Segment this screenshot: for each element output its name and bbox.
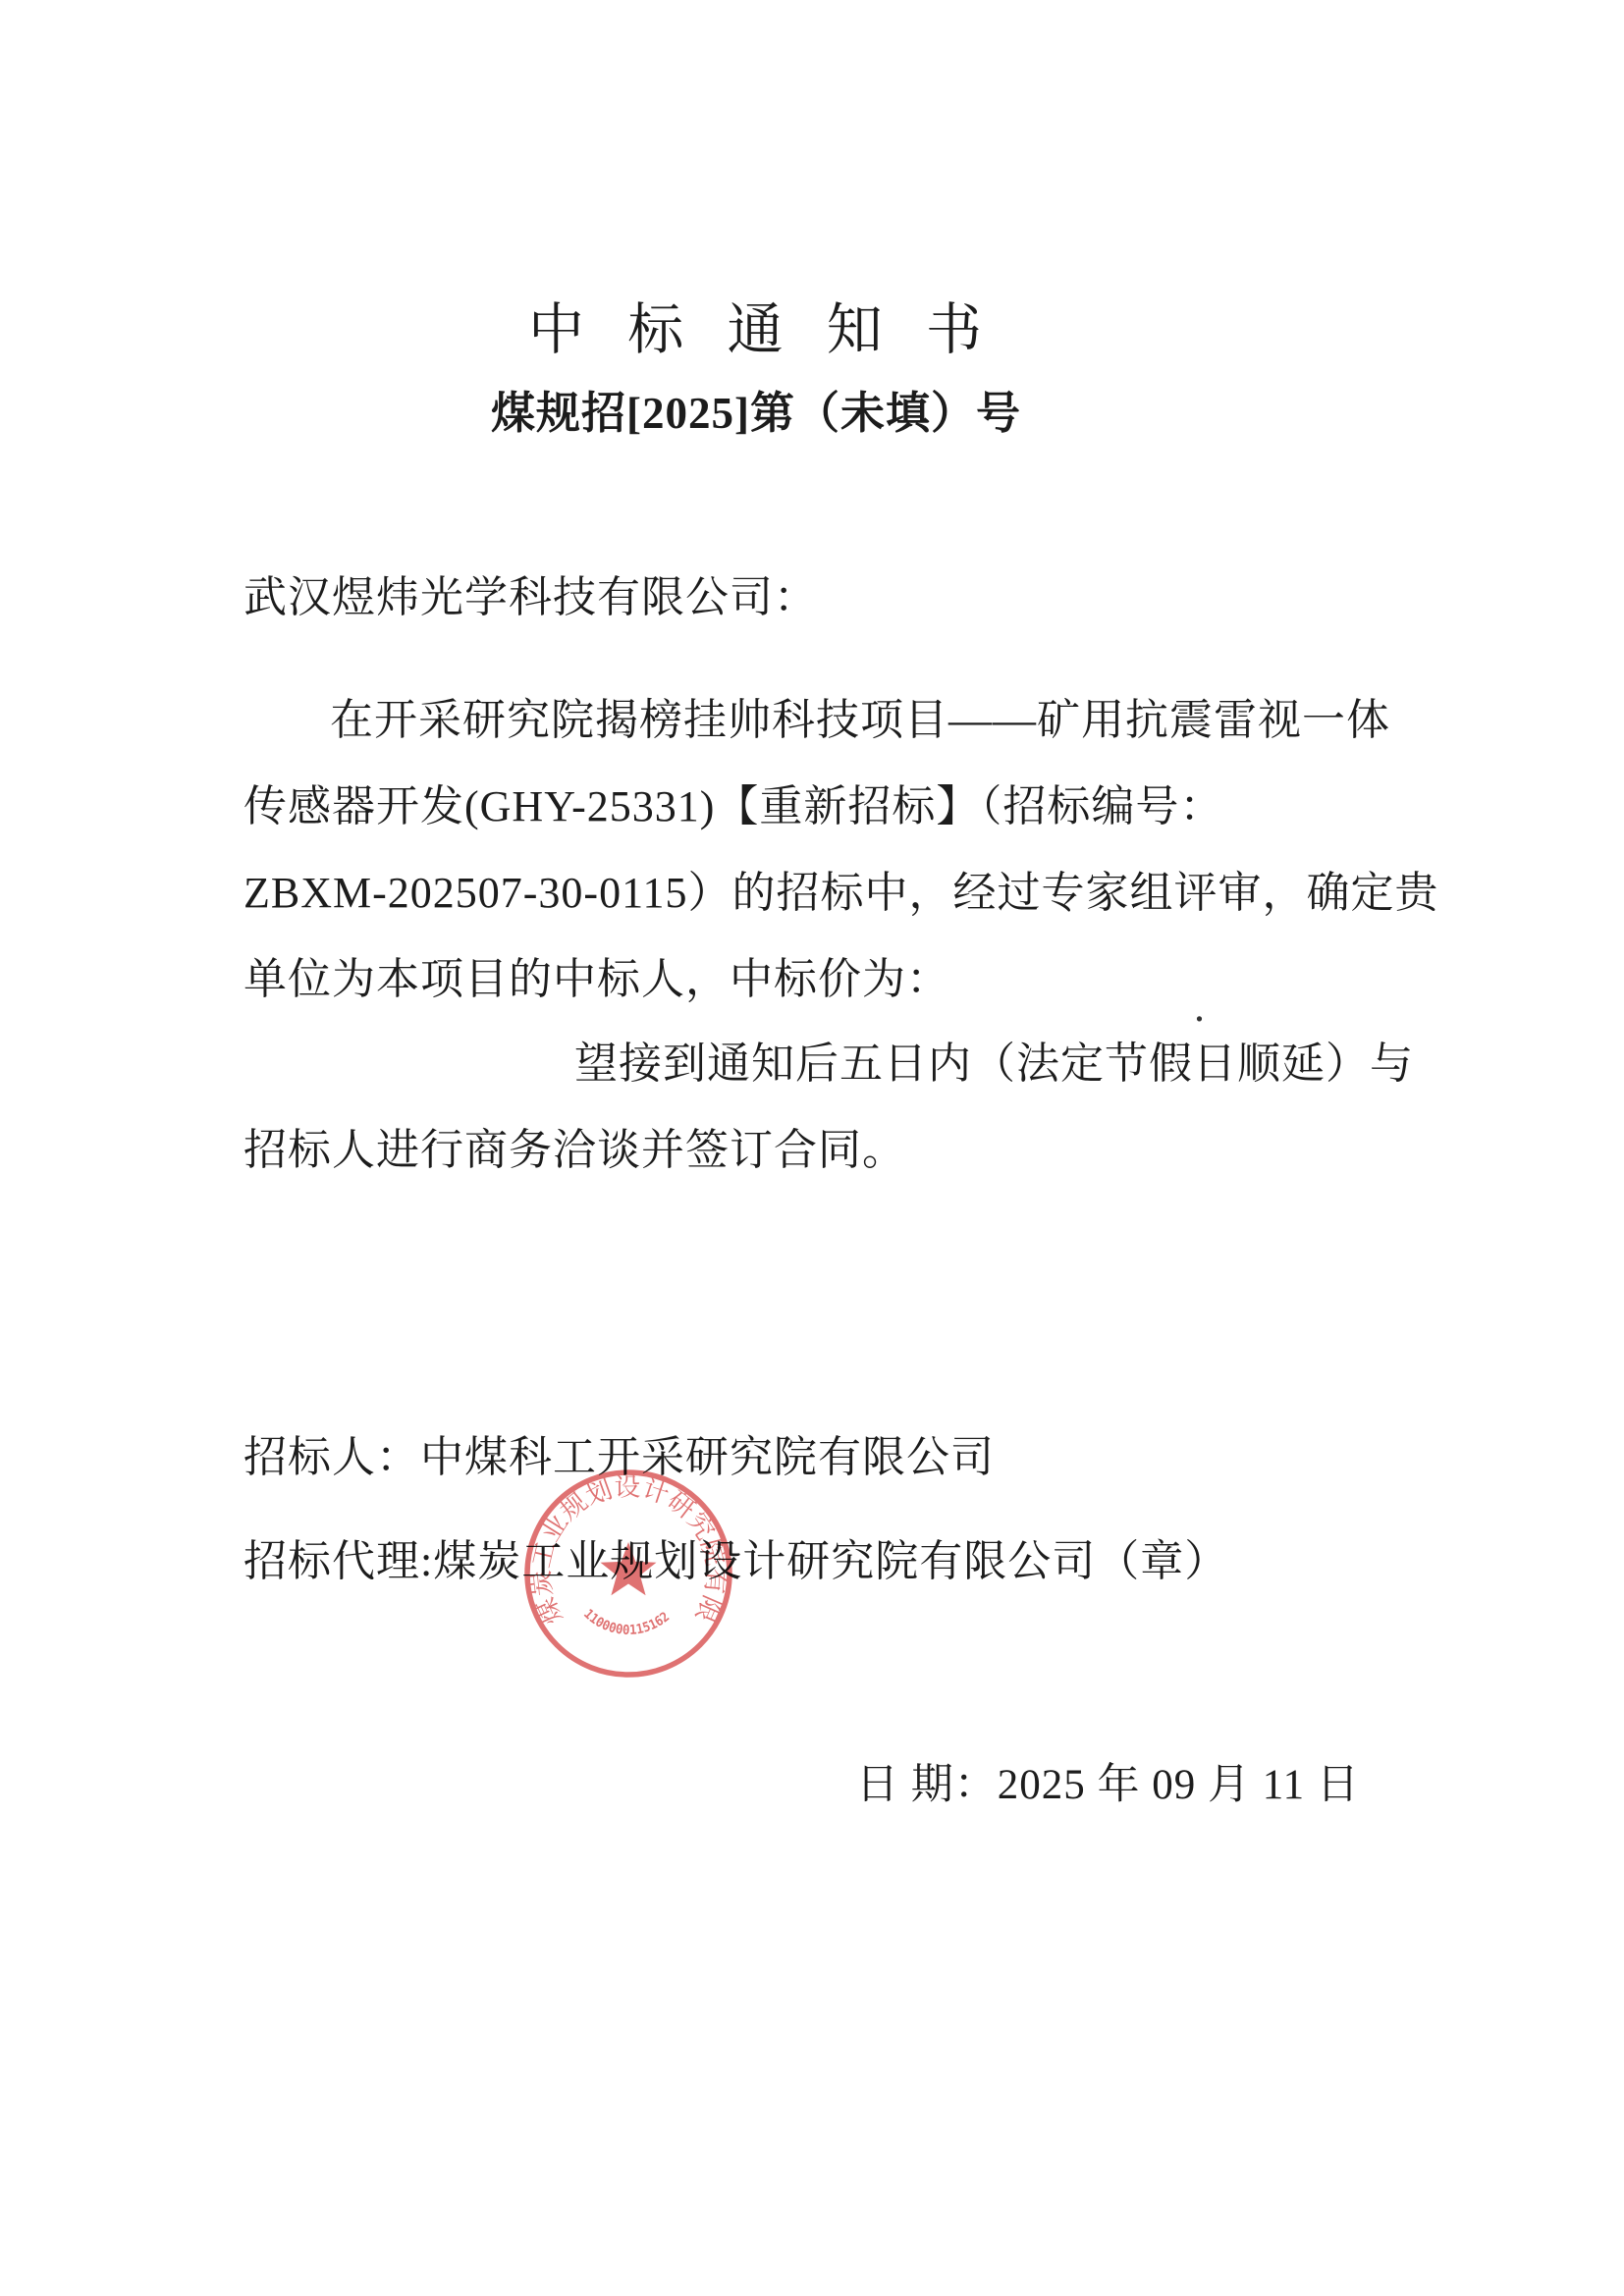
addressee-line: 武汉煜炜光学科技有限公司： [244, 561, 818, 624]
stray-period-mark: . [1194, 982, 1205, 1032]
body-line-3: ZBXM-202507-30-0115）的招标中，经过专家组评审，确定贵 [244, 868, 1438, 919]
bidder-line: 招标人：中煤科工开采研究院有限公司 [244, 1421, 995, 1484]
seal-serial-number: 1100000115162 [580, 1606, 673, 1638]
svg-text:1100000115162: 1100000115162 [580, 1606, 673, 1638]
body-line-2: 传感器开发(GHY-25331)【重新招标】（招标编号： [244, 781, 1223, 832]
date-line: 日 期：2025 年 09 月 11 日 [856, 1751, 1360, 1811]
page-title: 中 标 通 知 书 [0, 285, 1512, 365]
body-line-1: 在开采研究院揭榜挂帅科技项目——矿用抗震雷视一体 [330, 695, 1390, 746]
document-number: 煤规招[2025]第（未填）号 [0, 377, 1512, 441]
body-line-5: 望接到通知后五日内（法定节假日顺延）与 [574, 1039, 1414, 1090]
body-line-4: 单位为本项目的中标人，中标价为： [244, 954, 950, 1005]
body-line-6: 招标人进行商务洽谈并签订合同。 [244, 1125, 906, 1176]
award-notice-document: 中 标 通 知 书 煤规招[2025]第（未填）号 武汉煜炜光学科技有限公司： … [0, 0, 1624, 2296]
agent-line: 招标代理:煤炭工业规划设计研究院有限公司（章） [244, 1525, 1228, 1588]
